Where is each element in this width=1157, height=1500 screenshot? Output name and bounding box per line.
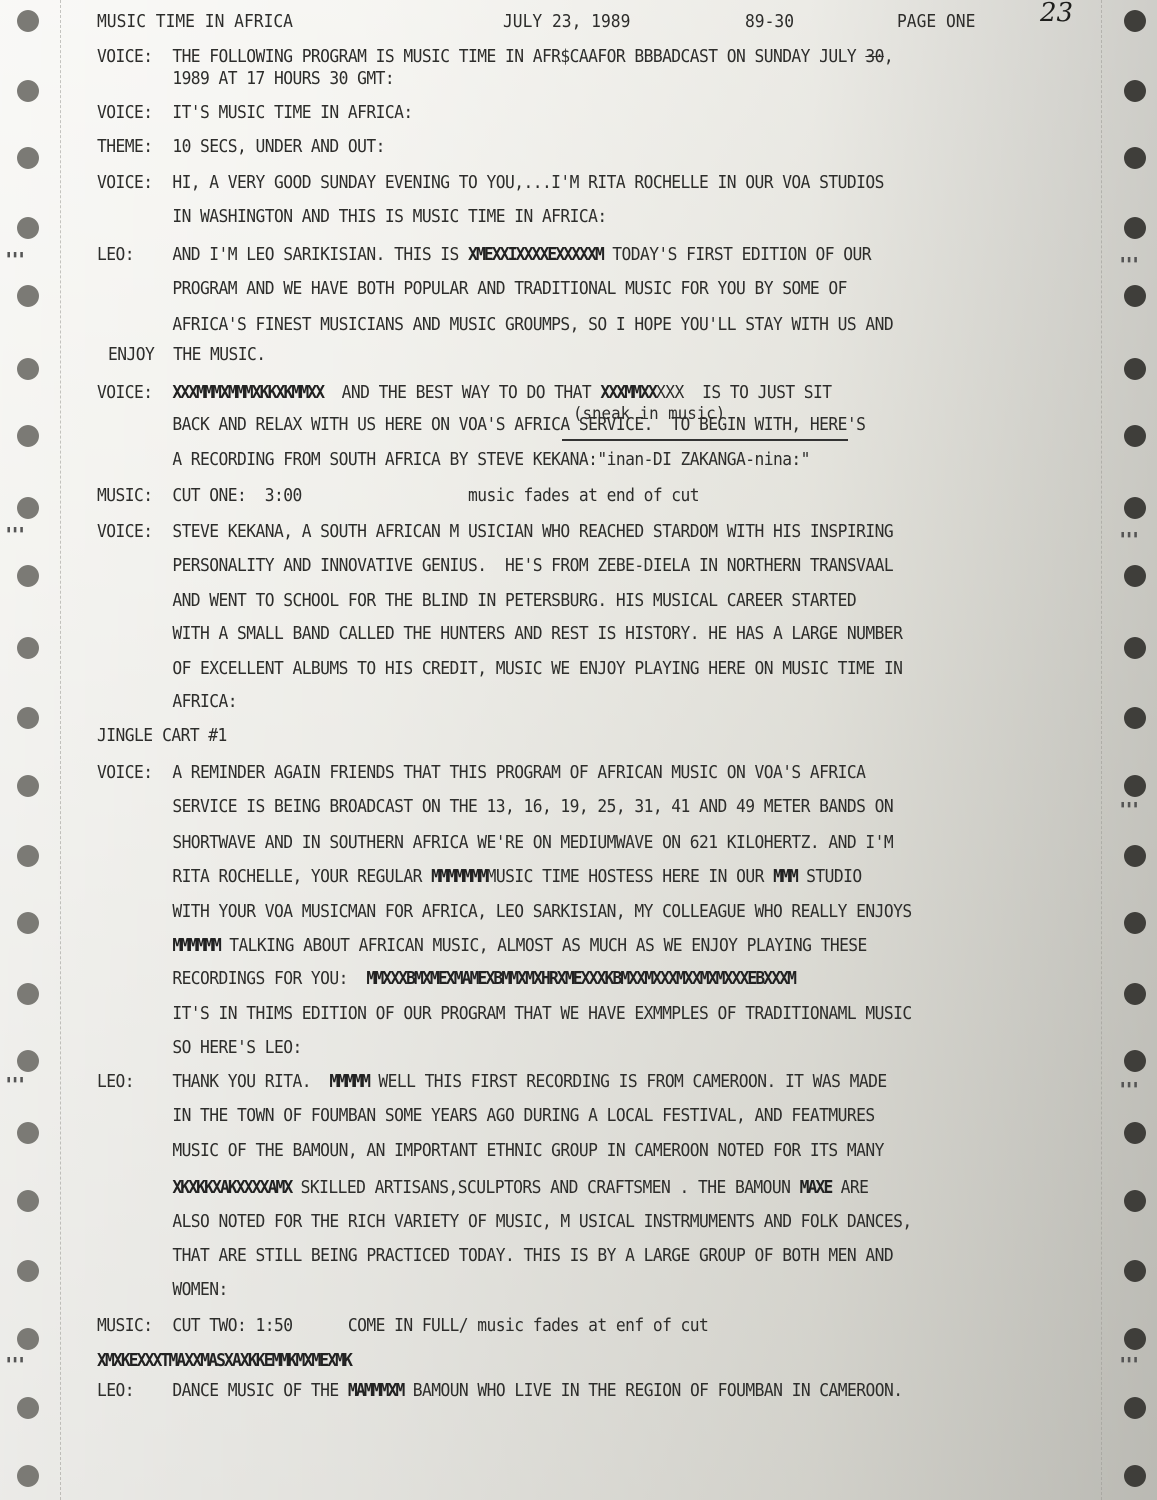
feed-hole-icon bbox=[17, 983, 39, 1005]
line-text: IT'S MUSIC TIME IN AFRICA: bbox=[172, 103, 412, 123]
line-text: A RECORDING FROM SOUTH AFRICA BY STEVE K… bbox=[172, 450, 810, 470]
line-text: PERSONALITY AND INNOVATIVE GENIUS. HE'S … bbox=[172, 556, 893, 576]
line-text: IN WASHINGTON AND THIS IS MUSIC TIME IN … bbox=[172, 207, 606, 227]
feed-hole-icon bbox=[1124, 912, 1146, 934]
perforation-marks-icon: ▮▮▮ bbox=[1120, 530, 1139, 540]
line-text: SERVICE IS BEING BROADCAST ON THE 13, 16… bbox=[172, 797, 893, 817]
typewritten-script-page: ▮▮▮▮▮▮▮▮▮▮▮▮▮▮▮▮▮▮▮▮▮▮▮▮▮▮▮ MUSIC TIME I… bbox=[0, 0, 1157, 1500]
feed-hole-icon bbox=[17, 1465, 39, 1487]
script-line: MUSIC:CUT ONE: 3:00 music fades at end o… bbox=[97, 486, 699, 506]
script-line: VOICE:A REMINDER AGAIN FRIENDS THAT THIS… bbox=[97, 763, 865, 783]
script-line: VOICE:XXXMMMXMMMXKKXKMMXX AND THE BEST W… bbox=[97, 383, 832, 403]
script-line: VOICE:STEVE KEKANA, A SOUTH AFRICAN M US… bbox=[97, 522, 893, 542]
feed-hole-icon bbox=[1124, 1397, 1146, 1419]
perforation-marks-icon: ▮▮▮ bbox=[6, 1355, 25, 1365]
struck-out-text: XXXMMXX bbox=[600, 383, 656, 403]
script-line: VOICE:IT'S MUSIC TIME IN AFRICA: bbox=[97, 103, 413, 123]
feed-hole-icon bbox=[17, 1260, 39, 1282]
perforation-marks-icon: ▮▮▮ bbox=[1120, 1080, 1139, 1090]
feed-hole-icon bbox=[1124, 775, 1146, 797]
script-line: SERVICE IS BEING BROADCAST ON THE 13, 16… bbox=[97, 797, 893, 817]
script-line: PROGRAM AND WE HAVE BOTH POPULAR AND TRA… bbox=[97, 279, 847, 299]
struck-out-date: 30 bbox=[865, 47, 883, 67]
speaker-label: VOICE: bbox=[97, 47, 172, 67]
line-text: MUSIC OF THE BAMOUN, AN IMPORTANT ETHNIC… bbox=[172, 1141, 884, 1161]
line-text: CART #1 bbox=[162, 726, 227, 746]
struck-out-text: MMMMMM bbox=[172, 936, 220, 956]
line-text: WOMEN: bbox=[172, 1280, 227, 1300]
feed-hole-icon bbox=[1124, 1465, 1146, 1487]
feed-hole-icon bbox=[1124, 845, 1146, 867]
line-text: OF EXCELLENT ALBUMS TO HIS CREDIT, MUSIC… bbox=[172, 659, 902, 679]
speaker-label: VOICE: bbox=[97, 103, 172, 123]
struck-out-text: XMXKEXXXTMAXXMASXAXKKEMMKMXMEXMK bbox=[97, 1351, 351, 1371]
speaker-label: MUSIC: bbox=[97, 486, 172, 506]
script-line: LEO:AND I'M LEO SARIKISIAN. THIS IS XMEX… bbox=[97, 245, 871, 265]
perforation-marks-icon: ▮▮▮ bbox=[1120, 1355, 1139, 1365]
speaker-label: THEME: bbox=[97, 137, 172, 157]
feed-hole-icon bbox=[17, 1397, 39, 1419]
script-line: MUSIC OF THE BAMOUN, AN IMPORTANT ETHNIC… bbox=[97, 1141, 884, 1161]
sneak-in-music-annotation: (sneak in music) bbox=[573, 404, 725, 424]
perforation-marks-icon: ▮▮▮ bbox=[6, 525, 25, 535]
struck-out-text: MMXXXBMXMEXMAMEXBMMXMXHRXMEXXXKBMXXMXXXM… bbox=[366, 969, 795, 989]
feed-hole-icon bbox=[17, 775, 39, 797]
page-label: PAGE ONE bbox=[897, 12, 975, 32]
line-text: WITH A SMALL BAND CALLED THE HUNTERS AND… bbox=[172, 624, 902, 644]
line-text: HI, A VERY GOOD SUNDAY EVENING TO YOU,..… bbox=[172, 173, 884, 193]
line-text: IT'S IN THIMS EDITION OF OUR PROGRAM THA… bbox=[172, 1004, 911, 1024]
script-line: AND WENT TO SCHOOL FOR THE BLIND IN PETE… bbox=[97, 591, 856, 611]
handwritten-date-correction: 23 bbox=[1040, 0, 1073, 28]
line-text: BACK AND RELAX WITH US HERE ON VOA'S AFR… bbox=[172, 415, 865, 435]
line-text: THE MUSIC. bbox=[173, 345, 265, 365]
feed-hole-icon bbox=[17, 80, 39, 102]
feed-hole-icon bbox=[1124, 1122, 1146, 1144]
feed-hole-icon bbox=[17, 707, 39, 729]
perforation-marks-icon: ▮▮▮ bbox=[1120, 255, 1139, 265]
script-line: MMMMMM TALKING ABOUT AFRICAN MUSIC, ALMO… bbox=[97, 936, 867, 956]
script-line: VOICE:HI, A VERY GOOD SUNDAY EVENING TO … bbox=[97, 173, 884, 193]
line-text: THANK YOU RITA. bbox=[172, 1072, 329, 1092]
line-text: TALKING ABOUT AFRICAN MUSIC, ALMOST AS M… bbox=[220, 936, 867, 956]
feed-hole-icon bbox=[1124, 1190, 1146, 1212]
script-line: IN WASHINGTON AND THIS IS MUSIC TIME IN … bbox=[97, 207, 607, 227]
line-text: 10 SECS, UNDER AND OUT: bbox=[172, 137, 385, 157]
script-line: THAT ARE STILL BEING PRACTICED TODAY. TH… bbox=[97, 1246, 893, 1266]
broadcast-date: JULY 23, 1989 bbox=[503, 12, 630, 32]
script-line: ENJOYTHE MUSIC. bbox=[108, 345, 266, 365]
feed-hole-icon bbox=[17, 637, 39, 659]
line-text: 1989 AT 17 HOURS 30 GMT: bbox=[172, 69, 394, 89]
struck-out-text: XKXKKXAKXXXXAMX bbox=[172, 1178, 291, 1198]
feed-hole-icon bbox=[1124, 358, 1146, 380]
line-text: , bbox=[884, 47, 893, 67]
script-line: BACK AND RELAX WITH US HERE ON VOA'S AFR… bbox=[97, 415, 865, 435]
line-text: AND I'M LEO SARIKISIAN. THIS IS bbox=[172, 245, 468, 265]
program-number: 89-30 bbox=[745, 12, 794, 32]
feed-hole-icon bbox=[1124, 1328, 1146, 1350]
script-line: AFRICA: bbox=[97, 692, 237, 712]
feed-hole-icon bbox=[1124, 147, 1146, 169]
feed-hole-icon bbox=[1124, 1050, 1146, 1072]
feed-hole-icon bbox=[17, 147, 39, 169]
script-line: MUSIC:CUT TWO: 1:50 COME IN FULL/ music … bbox=[97, 1316, 708, 1336]
line-text: ARE bbox=[831, 1178, 868, 1198]
line-text: THE FOLLOWING PROGRAM IS MUSIC TIME IN A… bbox=[172, 47, 865, 67]
script-line: A RECORDING FROM SOUTH AFRICA BY STEVE K… bbox=[97, 450, 810, 470]
script-line: IT'S IN THIMS EDITION OF OUR PROGRAM THA… bbox=[97, 1004, 912, 1024]
feed-hole-icon bbox=[17, 425, 39, 447]
feed-hole-icon bbox=[17, 497, 39, 519]
speaker-label: VOICE: bbox=[97, 763, 172, 783]
speaker-label: LEO: bbox=[97, 1072, 172, 1092]
script-line: LEO:DANCE MUSIC OF THE MAMMMXM BAMOUN WH… bbox=[97, 1381, 902, 1401]
line-text: WITH YOUR VOA MUSICMAN FOR AFRICA, LEO S… bbox=[172, 902, 911, 922]
script-line: XKXKKXAKXXXXAMX SKILLED ARTISANS,SCULPTO… bbox=[97, 1178, 868, 1198]
script-line: PERSONALITY AND INNOVATIVE GENIUS. HE'S … bbox=[97, 556, 893, 576]
feed-hole-icon bbox=[1124, 983, 1146, 1005]
struck-out-text: MMMMM bbox=[329, 1072, 369, 1092]
script-line: RECORDINGS FOR YOU: MMXXXBMXMEXMAMEXBMMX… bbox=[97, 969, 795, 989]
feed-hole-icon bbox=[17, 10, 39, 32]
line-text: THAT ARE STILL BEING PRACTICED TODAY. TH… bbox=[172, 1246, 893, 1266]
line-text: ALSO NOTED FOR THE RICH VARIETY OF MUSIC… bbox=[172, 1212, 911, 1232]
speaker-label: VOICE: bbox=[97, 522, 172, 542]
speaker-label: LEO: bbox=[97, 245, 172, 265]
line-text: TODAY'S FIRST EDITION OF OUR bbox=[603, 245, 871, 265]
line-text: MUSIC TIME HOSTESS HERE IN OUR bbox=[487, 867, 773, 887]
script-line: ALSO NOTED FOR THE RICH VARIETY OF MUSIC… bbox=[97, 1212, 912, 1232]
script-line: OF EXCELLENT ALBUMS TO HIS CREDIT, MUSIC… bbox=[97, 659, 902, 679]
feed-hole-icon bbox=[1124, 1260, 1146, 1282]
feed-hole-icon bbox=[17, 1050, 39, 1072]
feed-hole-icon bbox=[17, 285, 39, 307]
feed-hole-icon bbox=[17, 358, 39, 380]
feed-hole-icon bbox=[1124, 217, 1146, 239]
script-line: AFRICA'S FINEST MUSICIANS AND MUSIC GROU… bbox=[97, 315, 893, 335]
line-text: BAMOUN WHO LIVE IN THE REGION OF FOUMBAN… bbox=[403, 1381, 902, 1401]
line-text: SO HERE'S LEO: bbox=[172, 1038, 301, 1058]
line-text: AFRICA'S FINEST MUSICIANS AND MUSIC GROU… bbox=[172, 315, 893, 335]
feed-hole-icon bbox=[1124, 707, 1146, 729]
feed-hole-icon bbox=[17, 1122, 39, 1144]
line-text: RECORDINGS FOR YOU: bbox=[172, 969, 366, 989]
underline-mark bbox=[562, 439, 848, 441]
struck-out-text: XMEXXIXXXXEXXXXXM bbox=[468, 245, 603, 265]
perforation-marks-icon: ▮▮▮ bbox=[6, 1075, 25, 1085]
line-text: WELL THIS FIRST RECORDING IS FROM CAMERO… bbox=[369, 1072, 886, 1092]
feed-hole-icon bbox=[17, 217, 39, 239]
script-line: WITH YOUR VOA MUSICMAN FOR AFRICA, LEO S… bbox=[97, 902, 912, 922]
struck-out-text: MMMMMMM bbox=[431, 867, 487, 887]
line-text: STEVE KEKANA, A SOUTH AFRICAN M USICIAN … bbox=[172, 522, 893, 542]
feed-hole-icon bbox=[1124, 425, 1146, 447]
struck-out-text: XXXMMMXMMMXKKXKMMXX bbox=[172, 383, 323, 403]
line-text: AND WENT TO SCHOOL FOR THE BLIND IN PETE… bbox=[172, 591, 856, 611]
feed-hole-icon bbox=[1124, 285, 1146, 307]
script-line: WITH A SMALL BAND CALLED THE HUNTERS AND… bbox=[97, 624, 902, 644]
line-text: PROGRAM AND WE HAVE BOTH POPULAR AND TRA… bbox=[172, 279, 847, 299]
program-title: MUSIC TIME IN AFRICA bbox=[97, 12, 293, 32]
line-text: IN THE TOWN OF FOUMBAN SOME YEARS AGO DU… bbox=[172, 1106, 874, 1126]
script-line: SO HERE'S LEO: bbox=[97, 1038, 302, 1058]
script-line: IN THE TOWN OF FOUMBAN SOME YEARS AGO DU… bbox=[97, 1106, 875, 1126]
script-line: RITA ROCHELLE, YOUR REGULAR MMMMMMMMUSIC… bbox=[97, 867, 862, 887]
line-text: AND THE BEST WAY TO DO THAT bbox=[323, 383, 600, 403]
script-line: THEME:10 SECS, UNDER AND OUT: bbox=[97, 137, 385, 157]
speaker-label: ENJOY bbox=[108, 345, 173, 365]
feed-hole-icon bbox=[17, 912, 39, 934]
speaker-label: MUSIC: bbox=[97, 1316, 172, 1336]
line-text: SHORTWAVE AND IN SOUTHERN AFRICA WE'RE O… bbox=[172, 833, 893, 853]
script-line: VOICE:THE FOLLOWING PROGRAM IS MUSIC TIM… bbox=[97, 47, 893, 67]
feed-hole-icon bbox=[17, 1190, 39, 1212]
line-text: STUDIO bbox=[797, 867, 862, 887]
script-line: JINGLECART #1 bbox=[97, 726, 227, 746]
script-line: XMXKEXXXTMAXXMASXAXKKEMMKMXMEXMK bbox=[97, 1351, 351, 1371]
feed-hole-icon bbox=[1124, 10, 1146, 32]
feed-hole-icon bbox=[1124, 565, 1146, 587]
struck-out-text: MAXE bbox=[800, 1178, 832, 1198]
speaker-label: VOICE: bbox=[97, 173, 172, 193]
perforation-marks-icon: ▮▮▮ bbox=[6, 250, 25, 260]
speaker-label: JINGLE bbox=[97, 726, 162, 746]
script-line: WOMEN: bbox=[97, 1280, 228, 1300]
feed-hole-icon bbox=[17, 565, 39, 587]
speaker-label: LEO: bbox=[97, 1381, 172, 1401]
line-text: DANCE MUSIC OF THE bbox=[172, 1381, 348, 1401]
perforation-line-right bbox=[1101, 0, 1102, 1500]
line-text: SKILLED ARTISANS,SCULPTORS AND CRAFTSMEN… bbox=[291, 1178, 799, 1198]
feed-hole-icon bbox=[1124, 80, 1146, 102]
feed-hole-icon bbox=[17, 845, 39, 867]
feed-hole-icon bbox=[1124, 497, 1146, 519]
struck-out-text: MMM bbox=[773, 867, 797, 887]
feed-hole-icon bbox=[1124, 637, 1146, 659]
perforation-line-left bbox=[60, 0, 61, 1500]
speaker-label: VOICE: bbox=[97, 383, 172, 403]
line-text: A REMINDER AGAIN FRIENDS THAT THIS PROGR… bbox=[172, 763, 865, 783]
perforation-marks-icon: ▮▮▮ bbox=[1120, 800, 1139, 810]
script-line: SHORTWAVE AND IN SOUTHERN AFRICA WE'RE O… bbox=[97, 833, 893, 853]
feed-hole-icon bbox=[17, 1328, 39, 1350]
line-text: CUT TWO: 1:50 COME IN FULL/ music fades … bbox=[172, 1316, 708, 1336]
line-text: CUT ONE: 3:00 music fades at end of cut bbox=[172, 486, 699, 506]
script-line: LEO:THANK YOU RITA. MMMMM WELL THIS FIRS… bbox=[97, 1072, 887, 1092]
line-text: RITA ROCHELLE, YOUR REGULAR bbox=[172, 867, 431, 887]
line-text: XXX IS TO JUST SIT bbox=[656, 383, 832, 403]
line-text: AFRICA: bbox=[172, 692, 237, 712]
script-line: 1989 AT 17 HOURS 30 GMT: bbox=[97, 69, 394, 89]
struck-out-text: MAMMMXM bbox=[348, 1381, 404, 1401]
